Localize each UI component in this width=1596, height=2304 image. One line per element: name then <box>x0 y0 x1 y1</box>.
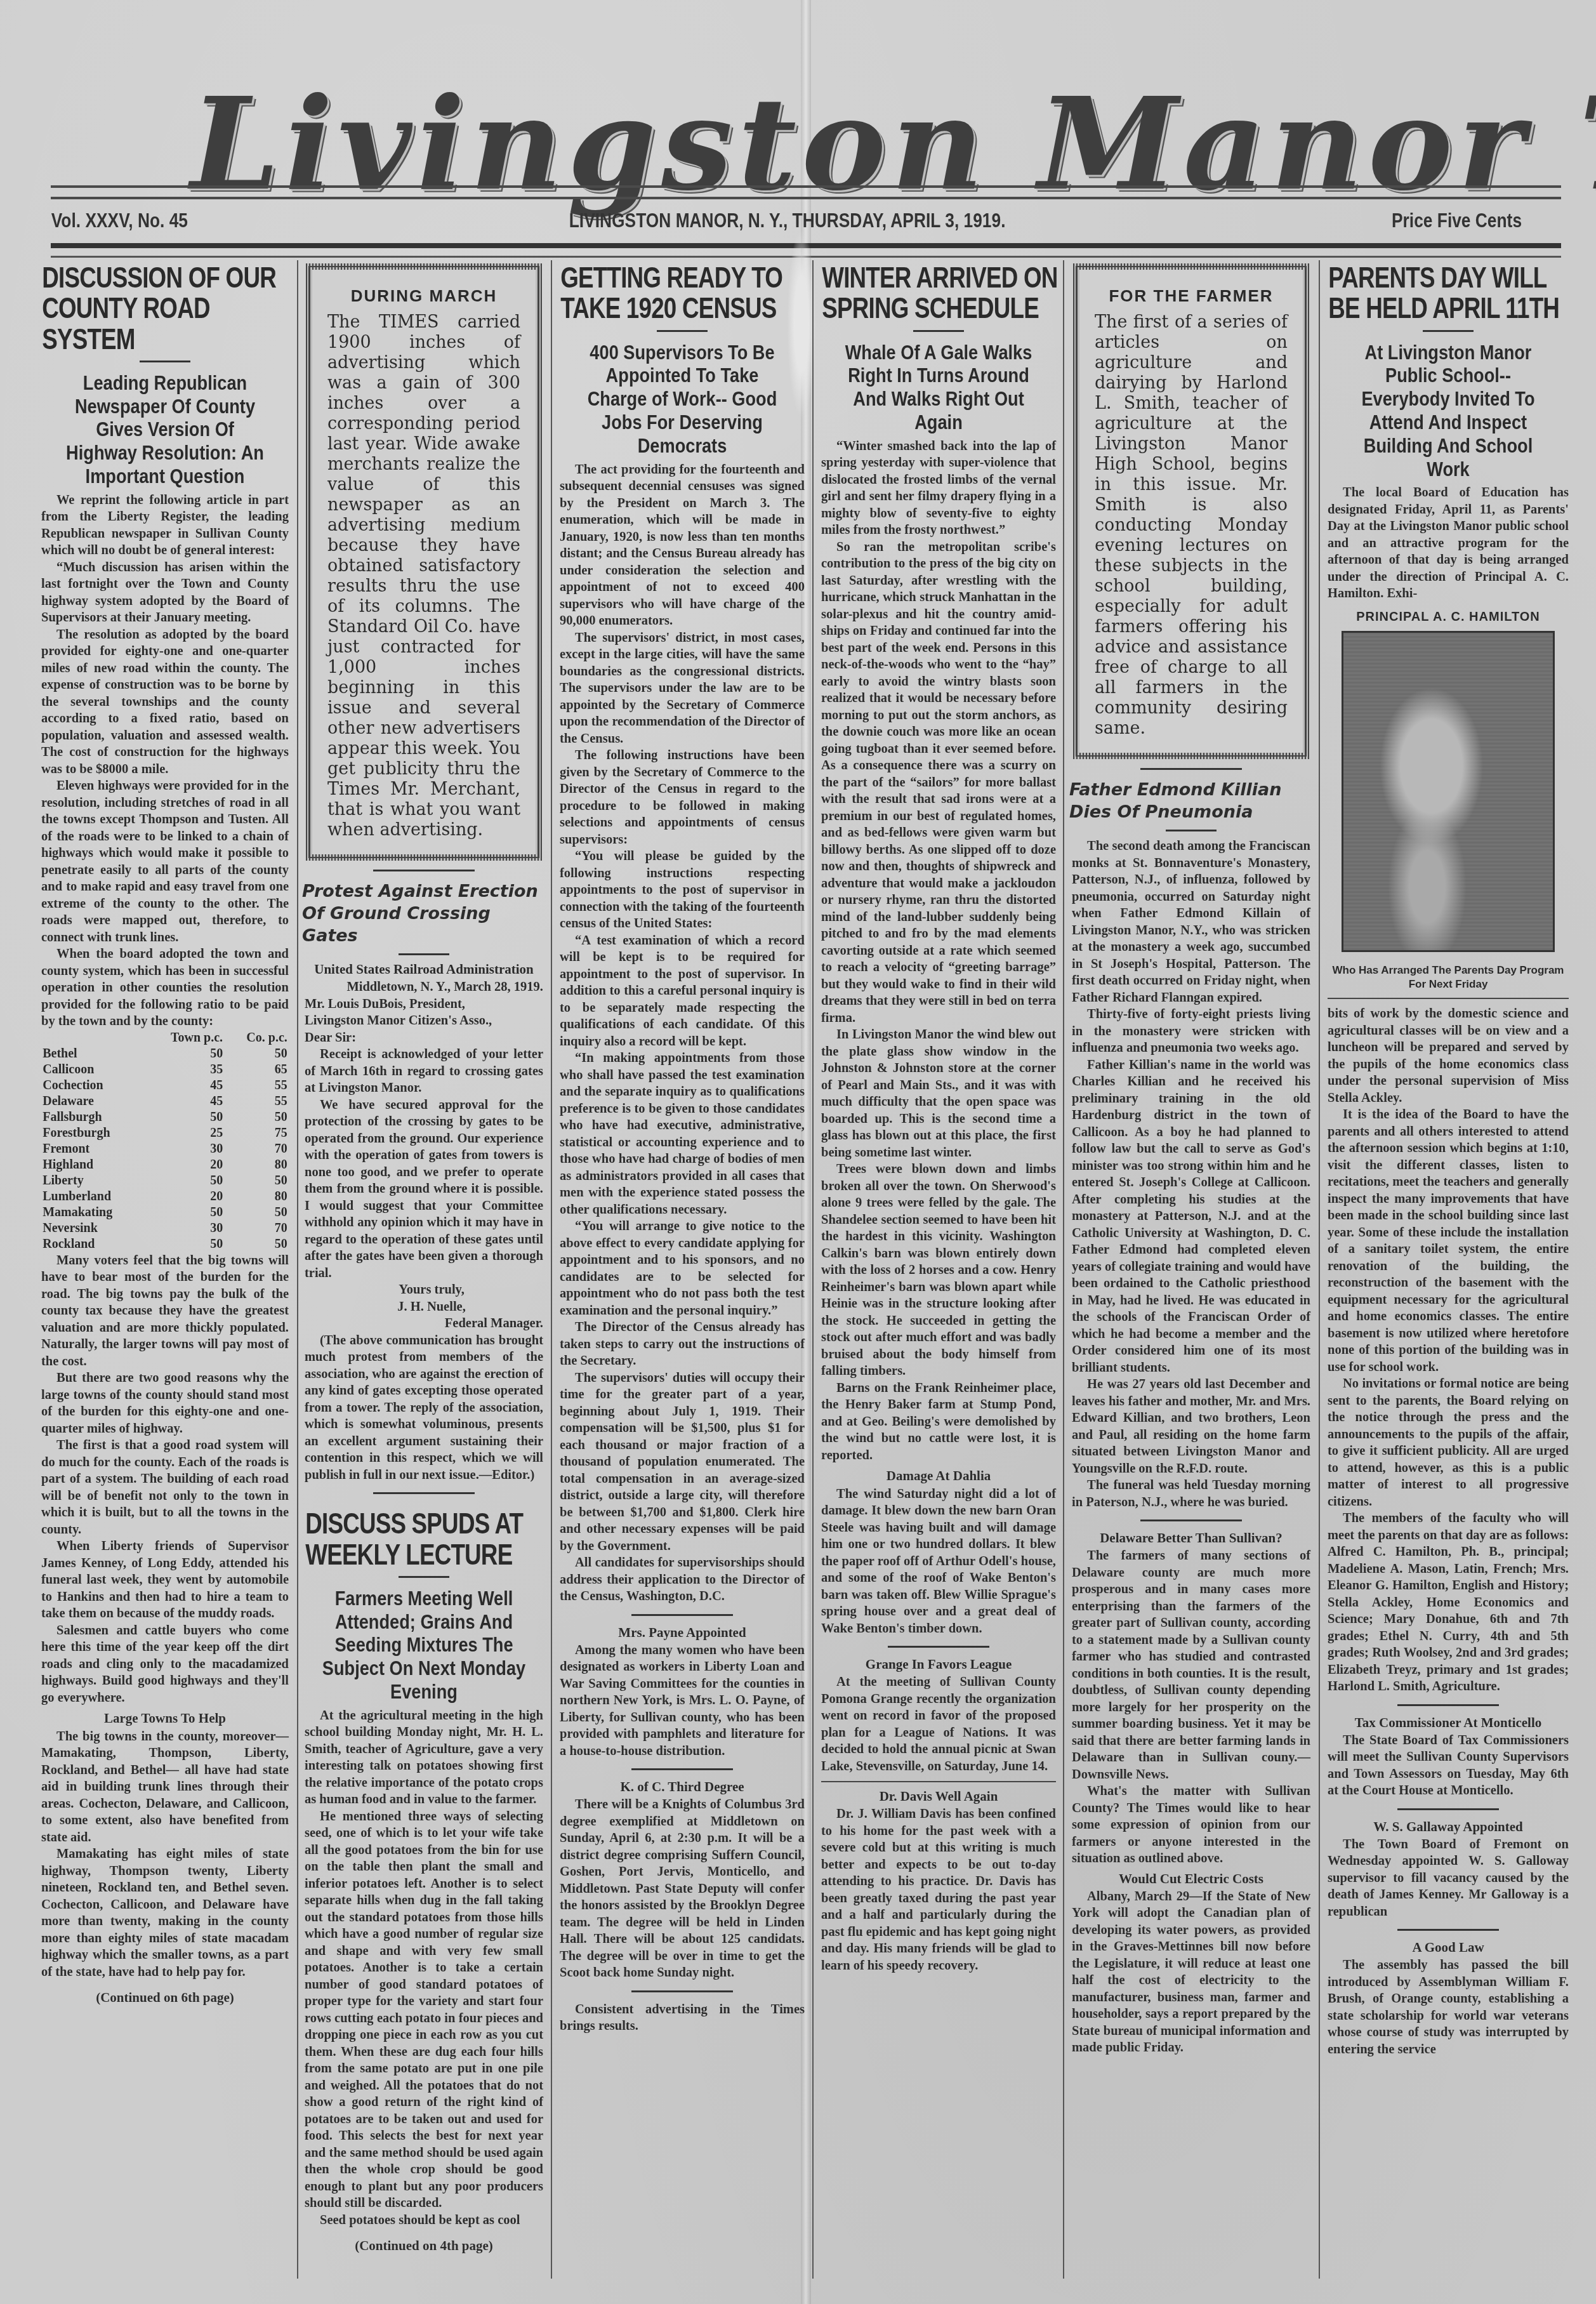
column-rule <box>812 260 814 2279</box>
article-road-system: DISCUSSION OF OUR COUNTY ROAD SYSTEM Lea… <box>35 257 295 2006</box>
paragraph: “A test examination of which a record wi… <box>560 932 805 1050</box>
percentage: 65 <box>225 1062 290 1078</box>
percentage: 80 <box>225 1157 290 1173</box>
box-body: The first of a series of articles on agr… <box>1095 312 1288 739</box>
article-census: GETTING READY TO TAKE 1920 CENSUS 400 Su… <box>553 257 811 1605</box>
paragraph: Albany, March 29—If the State of New Yor… <box>1072 1888 1310 2056</box>
divider <box>821 1781 1056 1782</box>
percentage: 25 <box>145 1125 225 1141</box>
percentage: 55 <box>225 1078 290 1094</box>
paragraph: At the agricultural meeting in the high … <box>305 1707 543 1808</box>
divider <box>399 1576 449 1578</box>
paragraph: The members of the faculty who will meet… <box>1328 1510 1569 1695</box>
paragraph: Mamakating has eight miles of state high… <box>41 1846 289 1980</box>
article-body: We reprint the following article in part… <box>41 492 289 1030</box>
masthead: Livingston Manor Times. Vol. XXXV, No. 4… <box>0 0 1596 254</box>
paragraph: The resolution as adopted by the board p… <box>41 626 289 778</box>
paragraph: The assembly has passed the bill introdu… <box>1328 1957 1569 2058</box>
paragraph: In Livingston Manor the wind blew out th… <box>821 1026 1056 1161</box>
price: Price Five Cents <box>1392 209 1522 232</box>
percentage: 70 <box>225 1141 290 1157</box>
headline: DISCUSS SPUDS AT WEEKLY LECTURE <box>298 1503 550 1570</box>
subheadline: Farmers Meeting Well Attended; Grains An… <box>322 1587 527 1704</box>
paragraph: It is the idea of the Board to have the … <box>1328 1106 1569 1375</box>
town-name: Mamakating <box>40 1205 145 1221</box>
percentage: 30 <box>145 1141 225 1157</box>
letter-signer: J. H. Nuelle, <box>305 1299 543 1316</box>
paragraph: Salesmen and cattle buyers who come here… <box>41 1622 289 1707</box>
advertising-note: Consistent advertising in the Times brin… <box>560 2001 805 2035</box>
continued-note: (Continued on 6th page) <box>41 1989 289 2006</box>
headline: Father Edmond Killian Dies Of Pneumonia <box>1069 779 1313 823</box>
divider <box>657 330 708 332</box>
percentage: 50 <box>225 1173 290 1189</box>
subheadline: 400 Supervisors To Be Appointed To Take … <box>577 341 788 458</box>
divider <box>631 1614 733 1616</box>
paragraph: No invitations or formal notice are bein… <box>1328 1375 1569 1510</box>
table-row: Delaware4555 <box>40 1094 290 1109</box>
photo-caption: Who Has Arranged The Parents Day Program… <box>1325 963 1571 991</box>
paragraph: Seed potatoes should be kept as cool <box>305 2212 543 2229</box>
box-during-march: DURING MARCH The TIMES carried 1900 inch… <box>306 263 542 861</box>
town-name: Delaware <box>40 1094 145 1109</box>
headline: GETTING READY TO TAKE 1920 CENSUS <box>553 257 811 324</box>
paragraph: Thirty-five of forty-eight priests livin… <box>1072 1006 1310 1057</box>
headline: Protest Against Erection Of Ground Cross… <box>302 880 546 947</box>
article-good-law: A Good Law The assembly has passed the b… <box>1321 1940 1575 2058</box>
column-6: PARENTS DAY WILL BE HELD APRIL 11th At L… <box>1321 257 1575 2288</box>
ratio-table: Town p.c.Co. p.c. Bethel5050Callicoon356… <box>40 1030 290 1252</box>
paragraph: “In making appointments from those who s… <box>560 1050 805 1218</box>
table-row: Cochection4555 <box>40 1078 290 1094</box>
paragraph: bits of work by the domestic science and… <box>1328 1005 1569 1106</box>
article-gallaway: W. S. Gallaway Appointed The Town Board … <box>1321 1819 1575 1921</box>
article-delaware: Delaware Better Than Sullivan? The farme… <box>1065 1530 1317 1867</box>
paragraph: “Winter smashed back into the lap of spr… <box>821 438 1056 539</box>
box-for-the-farmer: FOR THE FARMER The first of a series of … <box>1073 263 1309 759</box>
article-payne: Mrs. Payne Appointed Among the many wome… <box>553 1625 811 1760</box>
town-name: Lumberland <box>40 1189 145 1205</box>
paragraph: When Liberty friends of Supervisor James… <box>41 1538 289 1622</box>
paragraph: “You will arrange to give notice to the … <box>560 1218 805 1319</box>
table-row: Rockland5050 <box>40 1236 290 1252</box>
paragraph: Barns on the Frank Reinheimer place, the… <box>821 1380 1056 1464</box>
divider <box>1397 1929 1499 1931</box>
town-name: Bethel <box>40 1046 145 1062</box>
town-name: Liberty <box>40 1173 145 1189</box>
paragraph: The supervisors' duties will occupy thei… <box>560 1370 805 1555</box>
article-body: At the agricultural meeting in the high … <box>305 1707 543 2254</box>
paragraph: The first is that a good road system wil… <box>41 1437 289 1538</box>
paragraph: The big towns in the county, moreover— M… <box>41 1728 289 1846</box>
paragraph: There will be a Knights of Columbus 3rd … <box>560 1796 805 1982</box>
article-body: “Winter smashed back into the lap of spr… <box>821 438 1056 1638</box>
divider <box>1328 998 1569 999</box>
town-name: Highland <box>40 1157 145 1173</box>
divider <box>1397 1808 1499 1810</box>
article-grange: Grange In Favors League At the meeting o… <box>815 1657 1062 1775</box>
letter-date: Middletown, N. Y., March 28, 1919. <box>305 979 543 996</box>
percentage: 50 <box>145 1109 225 1125</box>
article-parents-day: PARENTS DAY WILL BE HELD APRIL 11th At L… <box>1321 257 1575 1695</box>
headline: W. S. Gallaway Appointed <box>1321 1819 1575 1835</box>
headline: K. of C. Third Degree <box>553 1779 811 1795</box>
percentage: 75 <box>225 1125 290 1141</box>
headline: Mrs. Payne Appointed <box>553 1625 811 1641</box>
headline: A Good Law <box>1321 1940 1575 1956</box>
percentage: 50 <box>225 1109 290 1125</box>
table-row: Fallsburgh5050 <box>40 1109 290 1125</box>
table-row: Forestburgh2575 <box>40 1125 290 1141</box>
column-rule <box>1319 260 1320 2279</box>
percentage: 35 <box>145 1062 225 1078</box>
headline: PARENTS DAY WILL BE HELD APRIL 11th <box>1321 257 1575 324</box>
headline: Tax Commissioner At Monticello <box>1321 1715 1575 1731</box>
percentage: 50 <box>225 1236 290 1252</box>
paragraph: Many voters feel that the big towns will… <box>41 1252 289 1370</box>
town-name: Fallsburgh <box>40 1109 145 1125</box>
section-heading: Damage At Dahlia <box>821 1467 1056 1485</box>
article-body: bits of work by the domestic science and… <box>1328 1005 1569 1695</box>
column-4: WINTER ARRIVED ON SPRING SCHEDULE Whale … <box>815 257 1062 2288</box>
paragraph: Eleven highways were provided for in the… <box>41 778 289 946</box>
paragraph: He mentioned three ways of selecting see… <box>305 1808 543 2212</box>
percentage: 30 <box>145 1221 225 1236</box>
table-row: Callicoon3565 <box>40 1062 290 1078</box>
letter-sender: United States Railroad Administration <box>298 962 550 977</box>
headline: DISCUSSION OF OUR COUNTY ROAD SYSTEM <box>35 257 295 354</box>
divider <box>399 953 449 955</box>
paragraph: The wind Saturday night did a lot of dam… <box>821 1486 1056 1638</box>
percentage: 50 <box>145 1046 225 1062</box>
paragraph: When the board adopted the town and coun… <box>41 946 289 1030</box>
divider <box>1423 330 1474 332</box>
paragraph: We reprint the following article in part… <box>41 492 289 559</box>
town-name: Neversink <box>40 1221 145 1236</box>
article-davis: Dr. Davis Well Again Dr. J. William Davi… <box>815 1789 1062 1974</box>
column-rule <box>551 260 552 2279</box>
article-tax-commissioner: Tax Commissioner At Monticello The State… <box>1321 1715 1575 1799</box>
paragraph: The local Board of Education has designa… <box>1328 484 1569 602</box>
paragraph: Father Killian's name in the world was C… <box>1072 1057 1310 1377</box>
divider <box>1397 1704 1499 1706</box>
volume-number: Vol. XXXV, No. 45 <box>51 209 188 232</box>
percentage: 50 <box>225 1205 290 1221</box>
percentage: 80 <box>225 1189 290 1205</box>
divider <box>373 1492 475 1494</box>
column-2: DURING MARCH The TIMES carried 1900 inch… <box>298 257 550 2288</box>
article-crossing-gates: Protest Against Erection Of Ground Cross… <box>298 880 550 1483</box>
paragraph: What's the matter with Sullivan County? … <box>1072 1783 1310 1867</box>
paragraph: “You will please be guided by the follow… <box>560 848 805 932</box>
table-row: Mamakating5050 <box>40 1205 290 1221</box>
headline: Would Cut Electric Costs <box>1065 1871 1317 1887</box>
letter-address: Mr. Louis DuBois, President, <box>305 996 543 1013</box>
percentage: 45 <box>145 1094 225 1109</box>
paragraph: He was 27 years old last December and le… <box>1072 1376 1310 1477</box>
paragraph: Among the many women who have been desig… <box>560 1642 805 1760</box>
percentage: 45 <box>145 1078 225 1094</box>
paragraph: The act providing for the fourteenth and… <box>560 461 805 630</box>
article-winter: WINTER ARRIVED ON SPRING SCHEDULE Whale … <box>815 257 1062 1637</box>
percentage: 55 <box>225 1094 290 1109</box>
town-name: Fremont <box>40 1141 145 1157</box>
table-row: Highland2080 <box>40 1157 290 1173</box>
divider <box>1140 1519 1242 1521</box>
divider <box>913 330 964 332</box>
photo-label: PRINCIPAL A. C. HAMILTON <box>1321 610 1575 625</box>
paragraph: So ran the metropolitan scribe's contrib… <box>821 539 1056 1027</box>
paragraph: The following instructions have been giv… <box>560 747 805 848</box>
article-body: The second death among the Franciscan mo… <box>1072 838 1310 1511</box>
subheadline: At Livingston Manor Public School--Every… <box>1345 341 1552 481</box>
headline: WINTER ARRIVED ON SPRING SCHEDULE <box>815 257 1062 324</box>
paragraph: The second death among the Franciscan mo… <box>1072 838 1310 1006</box>
divider <box>888 1646 989 1648</box>
table-header: Co. p.c. <box>225 1030 290 1046</box>
town-name: Forestburgh <box>40 1125 145 1141</box>
column-rule <box>1063 260 1064 2279</box>
headline: Delaware Better Than Sullivan? <box>1065 1530 1317 1546</box>
percentage: 50 <box>145 1205 225 1221</box>
table-header <box>40 1030 145 1046</box>
article-kofc: K. of C. Third Degree There will be a Kn… <box>553 1779 811 1982</box>
article-body: Middletown, N. Y., March 28, 1919. Mr. L… <box>305 979 543 1483</box>
newspaper-page: Livingston Manor Times. Vol. XXXV, No. 4… <box>0 0 1596 2304</box>
editor-note: (The above communication has brought muc… <box>305 1332 543 1484</box>
paragraph: Trees were blown down and limbs broken a… <box>821 1161 1056 1380</box>
paragraph: The Town Board of Fremont on Wednesday a… <box>1328 1836 1569 1921</box>
paragraph: All candidates for supervisorships shoul… <box>560 1554 805 1605</box>
continued-note: (Continued on 4th page) <box>305 2237 543 2254</box>
table-row: Neversink3070 <box>40 1221 290 1236</box>
town-name: Cochection <box>40 1078 145 1094</box>
article-spuds: DISCUSS SPUDS AT WEEKLY LECTURE Farmers … <box>298 1503 550 2254</box>
divider <box>1140 768 1242 770</box>
paragraph: Receipt is acknowledged of your letter o… <box>305 1046 543 1097</box>
article-electric: Would Cut Electric Costs Albany, March 2… <box>1065 1871 1317 2056</box>
paragraph: But there are two good reasons why the l… <box>41 1370 289 1437</box>
box-body: The TIMES carried 1900 inches of adverti… <box>327 312 520 840</box>
article-body: The act providing for the fourteenth and… <box>560 461 805 1605</box>
percentage: 70 <box>225 1221 290 1236</box>
column-5: FOR THE FARMER The first of a series of … <box>1065 257 1317 2288</box>
portrait-photo <box>1342 631 1555 952</box>
percentage: 20 <box>145 1189 225 1205</box>
percentage: 50 <box>145 1236 225 1252</box>
letter-signer-title: Federal Manager. <box>305 1315 543 1332</box>
article-body-cont: Many voters feel that the big towns will… <box>41 1252 289 2006</box>
article-killian: Father Edmond Killian Dies Of Pneumonia … <box>1065 779 1317 1511</box>
letter-salutation: Dear Sir: <box>305 1030 543 1047</box>
divider <box>373 870 475 871</box>
box-title: DURING MARCH <box>327 286 520 306</box>
table-row: Liberty5050 <box>40 1173 290 1189</box>
headline: Grange In Favors League <box>815 1657 1062 1672</box>
divider <box>631 1768 733 1770</box>
divider <box>140 361 190 362</box>
percentage: 20 <box>145 1157 225 1173</box>
table-header: Town p.c. <box>145 1030 225 1046</box>
paragraph: “Much discussion has arisen within the l… <box>41 559 289 626</box>
divider <box>631 1990 733 1992</box>
town-name: Callicoon <box>40 1062 145 1078</box>
letter-close: Yours truly, <box>305 1281 543 1299</box>
paragraph: Dr. J. William Davis has been confined t… <box>821 1806 1056 1974</box>
column-3: GETTING READY TO TAKE 1920 CENSUS 400 Su… <box>553 257 811 2288</box>
letter-address: Livingston Manor Citizen's Asso., <box>305 1012 543 1030</box>
paragraph: The Director of the Census already has t… <box>560 1319 805 1370</box>
table-row: Fremont3070 <box>40 1141 290 1157</box>
masthead-rule <box>51 185 1561 199</box>
percentage: 50 <box>145 1173 225 1189</box>
column-1: DISCUSSION OF OUR COUNTY ROAD SYSTEM Lea… <box>35 257 295 2288</box>
headline: Dr. Davis Well Again <box>815 1789 1062 1804</box>
town-name: Rockland <box>40 1236 145 1252</box>
box-title: FOR THE FARMER <box>1095 286 1288 306</box>
paragraph: The State Board of Tax Commissioners wil… <box>1328 1732 1569 1799</box>
subheadline: Whale Of A Gale Walks Right In Turns Aro… <box>838 341 1039 434</box>
divider <box>1166 830 1217 831</box>
subheadline: Leading Republican Newspaper Of County G… <box>59 371 272 488</box>
section-heading: Large Towns To Help <box>41 1710 289 1727</box>
table-row: Bethel5050 <box>40 1046 290 1062</box>
paragraph: We have secured approval for the protect… <box>305 1097 543 1282</box>
paragraph: The supervisors' district, in most cases… <box>560 630 805 748</box>
table-row: Lumberland2080 <box>40 1189 290 1205</box>
paragraph: At the meeting of Sullivan County Pomona… <box>821 1674 1056 1775</box>
paragraph: The farmers of many sections of Delaware… <box>1072 1547 1310 1783</box>
percentage: 50 <box>225 1046 290 1062</box>
paragraph: The funeral was held Tuesday morning in … <box>1072 1477 1310 1511</box>
